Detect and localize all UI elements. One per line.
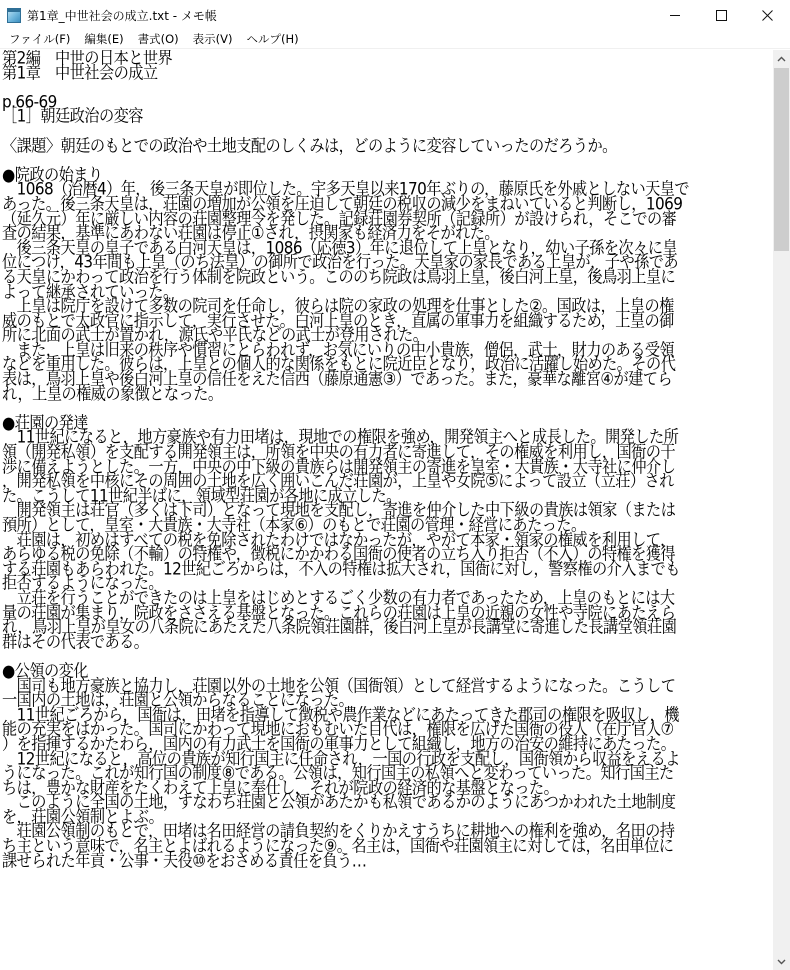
- menu-format[interactable]: 書式(O): [131, 31, 186, 47]
- close-icon: [762, 10, 773, 21]
- close-button[interactable]: [744, 0, 790, 30]
- title-bar[interactable]: 第1章_中世社会の成立.txt - メモ帳: [0, 0, 790, 30]
- text-editor-area[interactable]: 第2編 中世の日本と世界第1章 中世社会の成立p.66-69［1］朝廷政治の変容…: [0, 50, 773, 970]
- menu-help[interactable]: ヘルプ(H): [239, 31, 305, 47]
- maximize-button[interactable]: [698, 0, 744, 30]
- menu-view[interactable]: 表示(V): [186, 31, 240, 47]
- window-controls: [652, 0, 790, 30]
- scroll-up-button[interactable]: [773, 50, 790, 67]
- notepad-icon: [7, 8, 21, 23]
- minimize-button[interactable]: [652, 0, 698, 30]
- minimize-icon: [670, 10, 681, 21]
- menu-bar: ファイル(F) 編集(E) 書式(O) 表示(V) ヘルプ(H): [0, 30, 790, 49]
- window-title: 第1章_中世社会の成立.txt - メモ帳: [27, 7, 217, 24]
- scrollbar-thumb[interactable]: [774, 68, 789, 251]
- text-line: 課せられた年貢・公事・夫役⑩をおさめる責任を負う…: [0, 853, 773, 869]
- menu-edit[interactable]: 編集(E): [77, 31, 130, 47]
- chevron-up-icon: [777, 56, 786, 62]
- scroll-down-button[interactable]: [773, 953, 790, 970]
- vertical-scrollbar[interactable]: [773, 50, 790, 970]
- chevron-down-icon: [777, 959, 786, 965]
- maximize-icon: [716, 10, 727, 21]
- menu-file[interactable]: ファイル(F): [2, 31, 77, 47]
